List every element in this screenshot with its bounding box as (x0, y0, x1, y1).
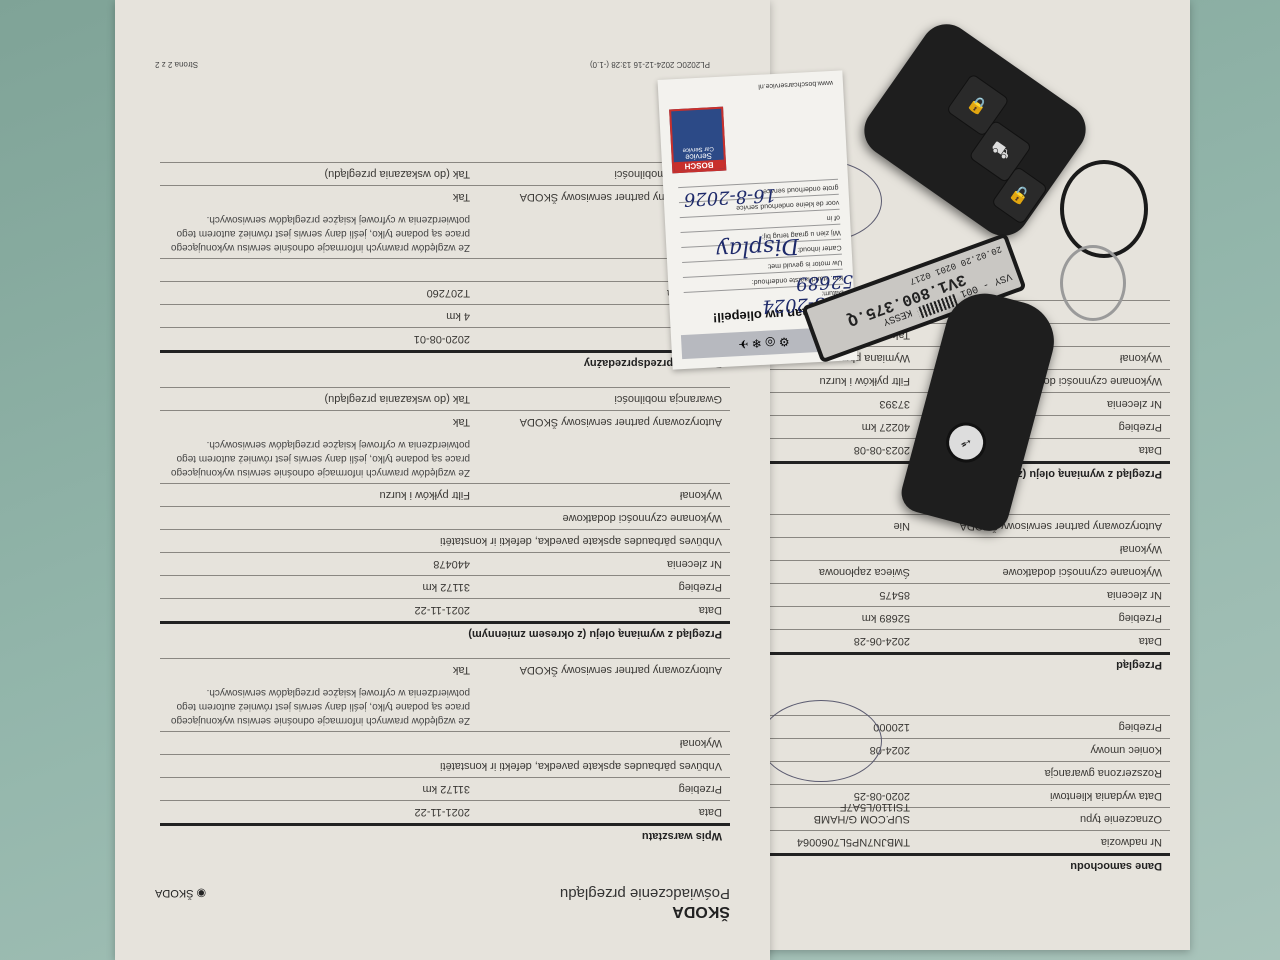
lock-icon: 🔒 (964, 91, 992, 119)
table-row: Wykonał (160, 731, 730, 754)
legal-note: Ze względów prawnych informacje odnośnie… (170, 681, 470, 731)
table-row: Data wydania klientowi2020-08-25 (770, 784, 1170, 807)
legal-note: Ze względów prawnych informacje odnośnie… (170, 208, 470, 258)
unlock-icon: 🔓 (1006, 181, 1034, 209)
table-row: Gwarancja mobilnościTak (do wskazania pr… (160, 387, 730, 410)
table-row: Nr zlecenia85475 (770, 583, 1170, 606)
table-row: Data2021-11-22 (160, 598, 730, 621)
table-row: Nr zleceniaT207260 (160, 281, 730, 304)
table-row: Autoryzowany partner serwisowy ŠKODATak (160, 658, 730, 681)
section-heading: Wpis warsztatu (160, 823, 730, 846)
table-row: Nr nadwoziaTMBJN7NP5L7060064 (770, 830, 1170, 853)
footer-code: PL2020C 2024-12-16 13:28 (-1.0) (590, 60, 710, 69)
brand-name: ŠKODA (560, 902, 730, 920)
key-ring (1060, 245, 1126, 321)
document-title: Poświadczenie przeglądu (560, 885, 730, 902)
bosch-logo: BOSCH Service Car Service (669, 107, 726, 174)
table-row: Data2020-08-01 (160, 327, 730, 350)
table-row: Wykonane czynności dodatkoweŚwieca zapło… (770, 560, 1170, 583)
table-row: Przebieg4 km (160, 304, 730, 327)
table-row: Autoryzowany partner serwisowy ŠKODATak (160, 185, 730, 208)
handwritten-oil: Display (716, 233, 800, 262)
table-row: Przebieg31172 km (160, 575, 730, 598)
table-row: Wykonał (160, 258, 730, 281)
trunk-icon: ⛟ (986, 137, 1014, 165)
section-heading: Przegląd przedsprzedażny (160, 350, 730, 373)
vehicle-heading: Dane samochodu (770, 853, 1170, 876)
table-row: Przebieg52689 km (770, 606, 1170, 629)
table-row: Autoryzowany partner serwisowy ŠKODATak (160, 410, 730, 433)
table-row: Wykonał (770, 537, 1170, 560)
table-row: Vnbūves pārbaudes apskate pavedka, defek… (160, 529, 730, 552)
skoda-footer-logo: ◉ ŠKODA (155, 887, 206, 900)
section-heading: Przegląd z wymianą oleju (z okresem zmie… (160, 621, 730, 644)
table-row: Vnbūves pārbaudes apskate pavedka, defek… (160, 754, 730, 777)
table-row: Gwarancja mobilnościTak (do wskazania pr… (160, 162, 730, 185)
brand-header: ŠKODA Poświadczenie przeglądu (560, 885, 730, 920)
table-row: WykonałFiltr pyłków i kurzu (160, 483, 730, 506)
table-row: Data2021-11-22 (160, 800, 730, 823)
table-row: Przebieg31172 km (160, 777, 730, 800)
table-row: Data2024-06-28 (770, 629, 1170, 652)
pen-circle-2024 (760, 700, 882, 782)
key-ring-loop (1060, 160, 1148, 258)
table-row: Oznaczenie typuSUP.COM G/HAMB TSI110/L5A… (770, 807, 1170, 830)
legal-note: Ze względów prawnych informacje odnośnie… (170, 433, 470, 483)
inspection-heading: Przegląd (770, 652, 1170, 675)
page-label: Strona 2 z 2 (155, 60, 198, 69)
card-footer: www.boschcarservice.nl (758, 79, 833, 90)
skoda-logo-icon: ➶ (942, 418, 991, 467)
table-row: Wykonane czynności dodatkowe (160, 506, 730, 529)
table-row: Nr zlecenia440478 (160, 552, 730, 575)
